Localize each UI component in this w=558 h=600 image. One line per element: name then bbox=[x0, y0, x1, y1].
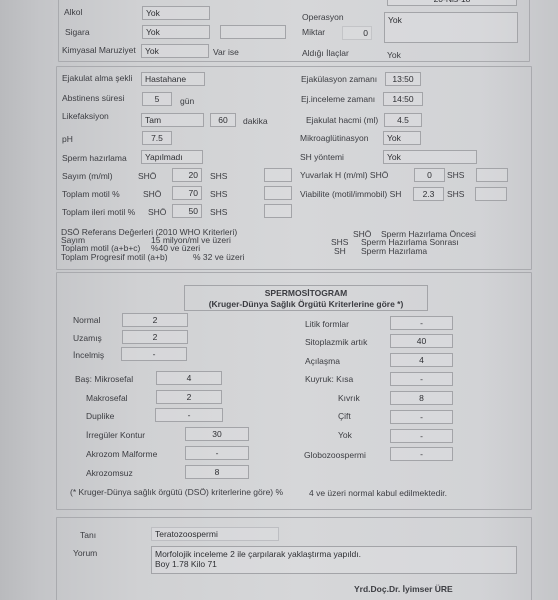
irregular-contour-field[interactable]: 30 bbox=[185, 427, 249, 441]
viability-shs-label: SHS bbox=[447, 189, 464, 199]
volume-label: Ejakulat hacmi (ml) bbox=[306, 115, 378, 125]
angulation-field[interactable]: 4 bbox=[390, 353, 453, 367]
viability-shs-field[interactable] bbox=[475, 187, 507, 201]
amount-label: Miktar bbox=[302, 27, 325, 37]
round-cells-shs-field[interactable] bbox=[476, 168, 508, 182]
alcohol-label: Alkol bbox=[64, 7, 82, 17]
tail-none-label: Yok bbox=[338, 430, 352, 440]
smoking-field[interactable]: Yok bbox=[142, 25, 210, 39]
irregular-contour-label: İrregüler Kontur bbox=[86, 430, 145, 440]
collection-method-label: Ejakulat alma şekli bbox=[62, 73, 132, 83]
ejaculation-time-label: Ejakülasyon zamanı bbox=[301, 74, 377, 84]
abstinence-label: Abstinens süresi bbox=[62, 93, 124, 103]
if-yes-label: Var ise bbox=[213, 47, 239, 57]
tail-none-field[interactable]: - bbox=[390, 429, 453, 443]
progressive-motile-sho-label: SHÖ bbox=[148, 207, 166, 217]
sperm-prep-label: Sperm hazırlama bbox=[62, 153, 127, 163]
ph-label: pH bbox=[62, 134, 73, 144]
normal-field[interactable]: 2 bbox=[122, 313, 188, 327]
round-cells-label: Yuvarlak H (m/ml) SHÖ bbox=[300, 170, 388, 180]
count-shs-field[interactable] bbox=[264, 168, 292, 182]
spermocytogram-title: SPERMOSİTOGRAM bbox=[185, 288, 427, 299]
elongated-field[interactable]: 2 bbox=[122, 330, 188, 344]
comment-line-2: Boy 1.78 Kilo 71 bbox=[155, 559, 513, 569]
macrocephalic-label: Makrosefal bbox=[86, 393, 128, 403]
count-sho-label: SHÖ bbox=[138, 171, 156, 181]
reference-progressive-label: Toplam Progresif motil (a+b) bbox=[61, 252, 168, 262]
sample-panel bbox=[56, 66, 532, 270]
macrocephalic-field[interactable]: 2 bbox=[156, 390, 222, 404]
round-cells-sho-field[interactable]: 0 bbox=[414, 168, 445, 182]
date-field[interactable]: 20-Nis-18 bbox=[387, 0, 517, 6]
liquefaction-field[interactable]: Tam bbox=[141, 113, 204, 127]
abstinence-field[interactable]: 5 bbox=[142, 92, 172, 106]
volume-field[interactable]: 4.5 bbox=[384, 113, 422, 127]
legend-sh-text: Sperm Hazırlama bbox=[361, 246, 427, 256]
acrosomeless-field[interactable]: 8 bbox=[185, 465, 249, 479]
cytoplasmic-residue-label: Sitoplazmik artık bbox=[305, 337, 367, 347]
tail-coiled-field[interactable]: 8 bbox=[390, 391, 453, 405]
count-shs-label: SHS bbox=[210, 171, 227, 181]
alcohol-field[interactable]: Yok bbox=[142, 6, 210, 20]
acrosomeless-label: Akrozomsuz bbox=[86, 468, 133, 478]
medications-value: Yok bbox=[387, 50, 401, 60]
microcephalic-field[interactable]: 4 bbox=[156, 371, 222, 385]
medications-label: Aldığı İlaçlar bbox=[302, 48, 349, 58]
agglutination-field[interactable]: Yok bbox=[383, 131, 421, 145]
smoking-extra-field[interactable] bbox=[220, 25, 286, 39]
angulation-label: Açılaşma bbox=[305, 356, 340, 366]
ejaculation-time-field[interactable]: 13:50 bbox=[385, 72, 421, 86]
total-motile-sho-field[interactable]: 70 bbox=[172, 186, 202, 200]
tail-double-label: Çift bbox=[338, 411, 351, 421]
signature: Yrd.Doç.Dr. İyimser ÜRE bbox=[354, 584, 453, 594]
abstinence-unit: gün bbox=[180, 96, 194, 106]
comment-line-1: Morfolojik inceleme 2 ile çarpılarak yak… bbox=[155, 549, 513, 559]
elongated-label: Uzamış bbox=[73, 333, 102, 343]
comment-label: Yorum bbox=[73, 548, 97, 558]
liquefaction-unit: dakika bbox=[243, 116, 268, 126]
liquefaction-minutes-field[interactable]: 60 bbox=[210, 113, 236, 127]
chemical-exposure-field[interactable]: Yok bbox=[141, 44, 209, 58]
lytic-forms-field[interactable]: - bbox=[390, 316, 453, 330]
tail-short-label: Kuyruk: Kısa bbox=[305, 374, 353, 384]
amount-field[interactable]: 0 bbox=[342, 26, 372, 40]
thinned-label: İncelmiş bbox=[73, 350, 104, 360]
legend-sh-abbr: SH bbox=[334, 246, 346, 256]
diagnosis-field[interactable]: Teratozoospermi bbox=[151, 527, 279, 541]
reference-progressive-value: % 32 ve üzeri bbox=[193, 252, 245, 262]
footnote-right: 4 ve üzeri normal kabul edilmektedir. bbox=[309, 488, 447, 498]
spermocytogram-subtitle: (Kruger-Dünya Sağlık Örgütü Kriterlerine… bbox=[185, 299, 427, 310]
globozoospermia-label: Globozoospermi bbox=[304, 450, 366, 460]
duplicate-field[interactable]: - bbox=[155, 408, 223, 422]
normal-label: Normal bbox=[73, 315, 100, 325]
spermocytogram-title-box: SPERMOSİTOGRAM (Kruger-Dünya Sağlık Örgü… bbox=[184, 285, 428, 311]
total-motile-shs-field[interactable] bbox=[264, 186, 292, 200]
total-motile-label: Toplam motil % bbox=[62, 189, 120, 199]
progressive-motile-shs-field[interactable] bbox=[264, 204, 292, 218]
duplicate-label: Duplike bbox=[86, 411, 114, 421]
thinned-field[interactable]: - bbox=[121, 347, 187, 361]
progressive-motile-sho-field[interactable]: 50 bbox=[172, 204, 202, 218]
total-motile-shs-label: SHS bbox=[210, 189, 227, 199]
total-motile-sho-label: SHÖ bbox=[143, 189, 161, 199]
exam-time-label: Ej.inceleme zamanı bbox=[301, 94, 375, 104]
footnote-left: (* Kruger-Dünya sağlık örgütü (DSÖ) krit… bbox=[70, 487, 283, 497]
exam-time-field[interactable]: 14:50 bbox=[383, 92, 423, 106]
progressive-motile-label: Toplam ileri motil % bbox=[62, 207, 135, 217]
chemical-exposure-label: Kimyasal Maruziyet bbox=[62, 45, 136, 55]
microcephalic-label: Baş: Mikrosefal bbox=[75, 374, 133, 384]
agglutination-label: Mikroaglütinasyon bbox=[300, 133, 369, 143]
collection-method-field[interactable]: Hastahane bbox=[141, 72, 205, 86]
acrosome-malformed-label: Akrozom Malforme bbox=[86, 449, 157, 459]
tail-short-field[interactable]: - bbox=[390, 372, 453, 386]
lytic-forms-label: Litik formlar bbox=[305, 319, 349, 329]
comment-field[interactable]: Morfolojik inceleme 2 ile çarpılarak yak… bbox=[151, 546, 517, 574]
prep-method-label: SH yöntemi bbox=[300, 152, 344, 162]
progressive-motile-shs-label: SHS bbox=[210, 207, 227, 217]
viability-label: Viabilite (motil/immobil) SH bbox=[300, 189, 401, 199]
viability-field[interactable]: 2.3 bbox=[413, 187, 444, 201]
round-cells-shs-label: SHS bbox=[447, 170, 464, 180]
operation-field[interactable]: Yok bbox=[384, 12, 518, 43]
prep-method-field[interactable]: Yok bbox=[383, 150, 477, 164]
tail-coiled-label: Kıvrık bbox=[338, 393, 360, 403]
ph-field[interactable]: 7.5 bbox=[142, 131, 172, 145]
count-label: Sayım (m/ml) bbox=[62, 171, 113, 181]
tail-double-field[interactable]: - bbox=[390, 410, 453, 424]
smoking-label: Sigara bbox=[65, 27, 90, 37]
acrosome-malformed-field[interactable]: - bbox=[185, 446, 249, 460]
count-sho-field[interactable]: 20 bbox=[172, 168, 202, 182]
sperm-prep-field[interactable]: Yapılmadı bbox=[141, 150, 203, 164]
operation-label: Operasyon bbox=[302, 12, 344, 22]
diagnosis-label: Tanı bbox=[80, 530, 96, 540]
liquefaction-label: Likefaksiyon bbox=[62, 111, 109, 121]
globozoospermia-field[interactable]: - bbox=[390, 447, 453, 461]
cytoplasmic-residue-field[interactable]: 40 bbox=[390, 334, 453, 348]
